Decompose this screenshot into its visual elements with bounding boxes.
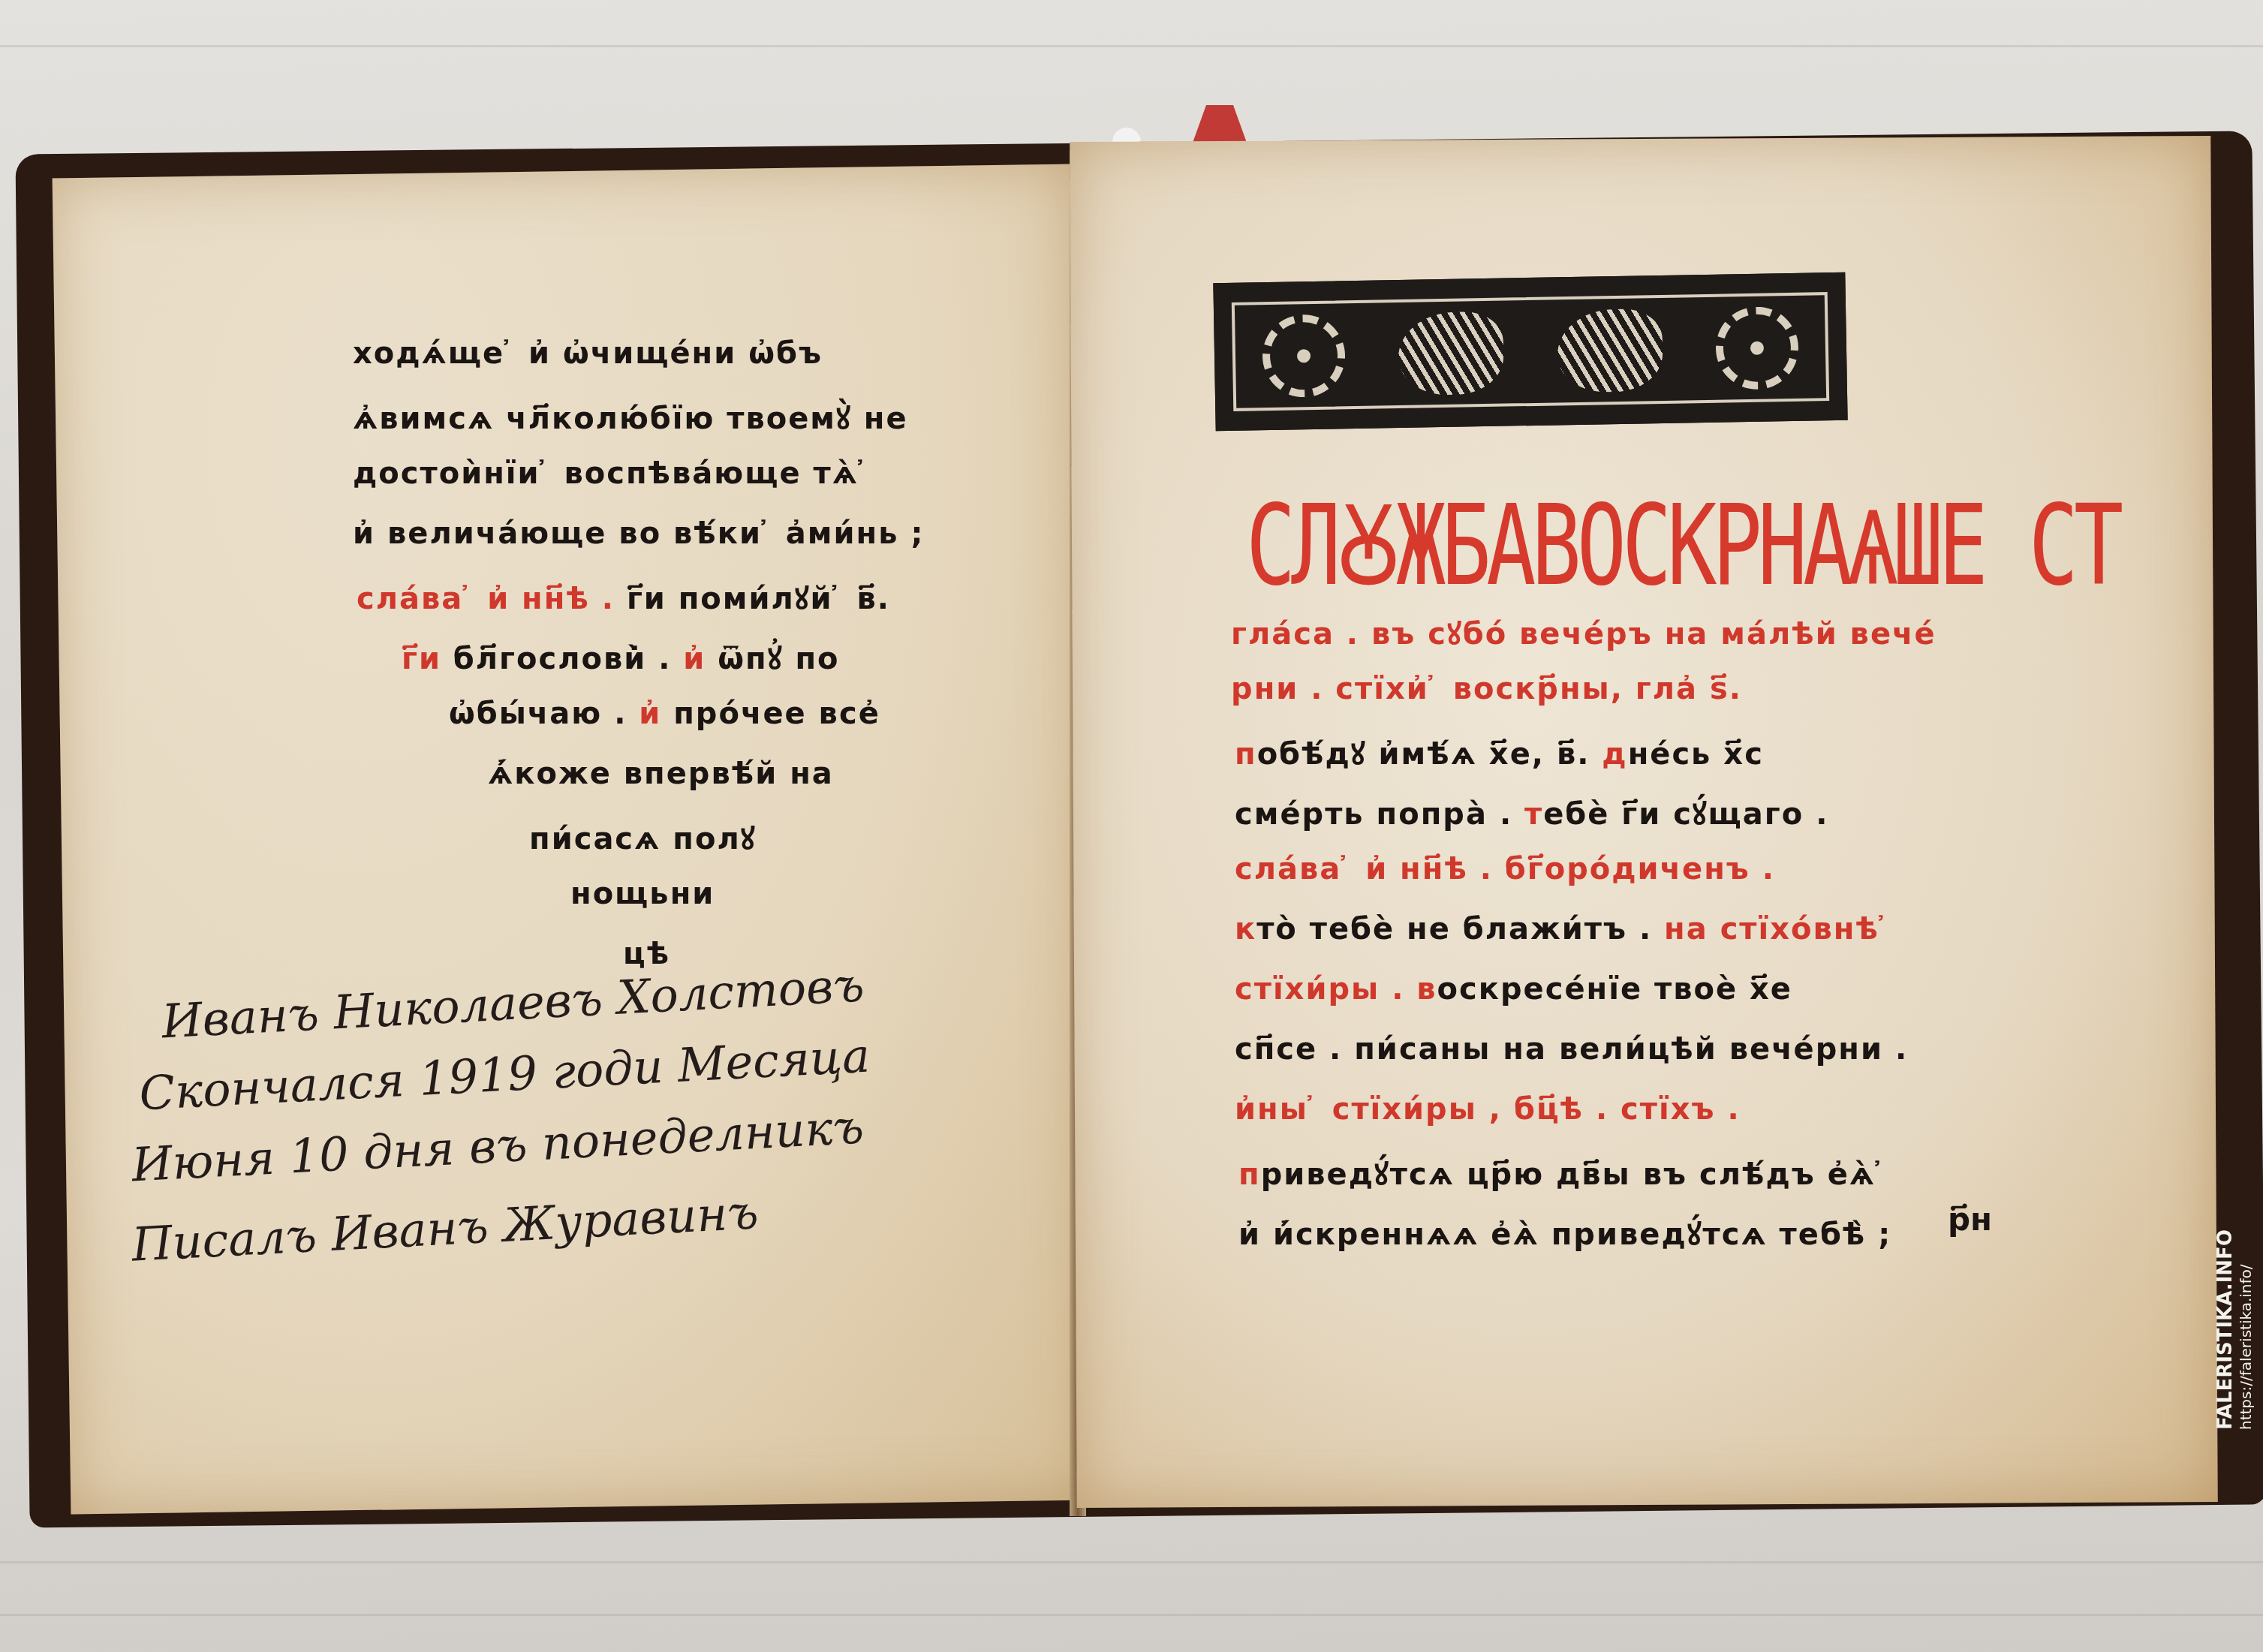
foliage-ornament-icon bbox=[1557, 308, 1663, 392]
drop-initial: в bbox=[1416, 972, 1437, 1007]
text: обѣ́дꙋ и҆мѣ́ѧ х҃е, в҃. bbox=[1257, 737, 1602, 772]
rubric: и҆ bbox=[683, 642, 718, 676]
right-line-4: сме́рть попра̀ . тебѐ г҃и сꙋ́щаго . bbox=[1235, 792, 1828, 833]
left-line-11: цѣ bbox=[623, 937, 670, 971]
left-line-2: ѧ҆вимсѧ чл҃колю́бїю твоемꙋ̀ не bbox=[353, 396, 908, 438]
rosette-ornament-icon bbox=[1262, 314, 1346, 398]
right-line-10: приведꙋ́тсѧ цр҃ю дв҃ы въ слѣ́дъ е҆ѧ̀ ҆ bbox=[1238, 1152, 1888, 1193]
left-line-8: ѧ҆́коже впервѣ́й на bbox=[488, 757, 834, 791]
drop-initial: п bbox=[1235, 737, 1257, 772]
drop-initial: п bbox=[1238, 1157, 1261, 1192]
left-line-3: достоѝнїи ҆ воспѣва́юще тѧ̀ ҆ bbox=[353, 456, 871, 491]
left-line-9: пи́сасѧ полꙋ bbox=[529, 817, 756, 858]
right-line-2: рни . стїхи҆ ҆ воскр҃ны, гла҆ ѕ҃. bbox=[1231, 672, 1742, 706]
right-line-3: побѣ́дꙋ и҆мѣ́ѧ х҃е, в҃. дне́сь х҃с bbox=[1235, 732, 1764, 773]
page-title: СЛꙊЖБАВОСКРНАѦШЕ СТ bbox=[1246, 465, 2119, 618]
drop-initial: д bbox=[1602, 737, 1627, 772]
drop-initial: к bbox=[1235, 912, 1256, 946]
text: сме́рть попра̀ . bbox=[1235, 797, 1524, 832]
right-line-9: и҆ны ҆ стїхи́ры , бц҃ѣ . стїхъ . bbox=[1235, 1092, 1741, 1127]
signature-mark: р҃н bbox=[1948, 1201, 1992, 1238]
rubric: стїхи́ры . bbox=[1235, 972, 1416, 1007]
right-line-6: кто̀ тебѐ не блажи́тъ . на стїхо́внѣ ҆ bbox=[1235, 912, 1891, 946]
rubric: г҃и bbox=[402, 642, 453, 676]
text: г҃и поми́лꙋй ҆ в҃. bbox=[627, 582, 890, 616]
right-line-11: и҆ и҆́скреннѧѧ е҆ѧ̀ приведꙋ́тсѧ тебѣ̀ ; bbox=[1238, 1212, 1891, 1253]
right-line-1: гла́са . въ сꙋбо́ вече́ръ на ма́лѣй вече… bbox=[1231, 612, 1936, 653]
text: про́чее все҆ bbox=[673, 697, 880, 731]
text: то̀ тебѐ не блажи́тъ . bbox=[1256, 912, 1664, 946]
left-line-6: г҃и бл҃гослови̇̀ . и҆ ѿпꙋ҆ по bbox=[402, 636, 840, 678]
watermark-brand: FALERISTIKA.INFO bbox=[2214, 1229, 2237, 1430]
text: риведꙋ́тсѧ цр҃ю дв҃ы въ слѣ́дъ е҆ѧ̀ ҆ bbox=[1261, 1157, 1888, 1192]
text: ѿпꙋ҆ по bbox=[718, 642, 839, 676]
rosette-ornament-icon bbox=[1715, 305, 1799, 390]
drop-initial: т bbox=[1524, 797, 1543, 832]
left-line-10: нощьни bbox=[570, 877, 715, 911]
left-line-4: и҆ велича́юще во вѣ́ки ҆ а҆ми́нь ; bbox=[353, 516, 924, 551]
rubric: и҆ bbox=[639, 697, 673, 731]
right-line-7: стїхи́ры . воскресе́нїе твоѐ х҃е bbox=[1235, 972, 1792, 1007]
text: не́сь х҃с bbox=[1628, 737, 1764, 772]
text: ѡ҆бы́чаю . bbox=[449, 697, 639, 731]
left-line-1: ходѧ́ще ҆ и҆ ѡ҆чище́ни ѡ҆бъ bbox=[353, 336, 823, 371]
woodcut-headpiece-ornament bbox=[1213, 272, 1847, 432]
watermark: FALERISTIKA.INFO https://faleristika.inf… bbox=[2214, 1229, 2255, 1430]
left-line-5: сла́ва ҆ и҆ нн҃ѣ . г҃и поми́лꙋй ҆ в҃. bbox=[357, 576, 890, 618]
rubric: на стїхо́внѣ ҆ bbox=[1664, 912, 1891, 946]
foliage-ornament-icon bbox=[1398, 311, 1504, 395]
right-line-8: сп҃се . пи́саны на вели́цѣй вече́рни . bbox=[1235, 1032, 1908, 1067]
text: оскресе́нїе твоѐ х҃е bbox=[1437, 972, 1792, 1007]
text: бл҃гослови̇̀ . bbox=[453, 642, 683, 676]
text: ебѐ г҃и сꙋ́щаго . bbox=[1543, 797, 1828, 832]
rubric: сла́ва ҆ и҆ нн҃ѣ . bbox=[357, 582, 627, 616]
watermark-url: https://faleristika.info/ bbox=[2237, 1229, 2255, 1430]
right-line-5: сла́ва ҆ и҆ нн҃ѣ . бг҃оро́диченъ . bbox=[1235, 852, 1775, 886]
left-line-7: ѡ҆бы́чаю . и҆ про́чее все҆ bbox=[449, 697, 880, 731]
